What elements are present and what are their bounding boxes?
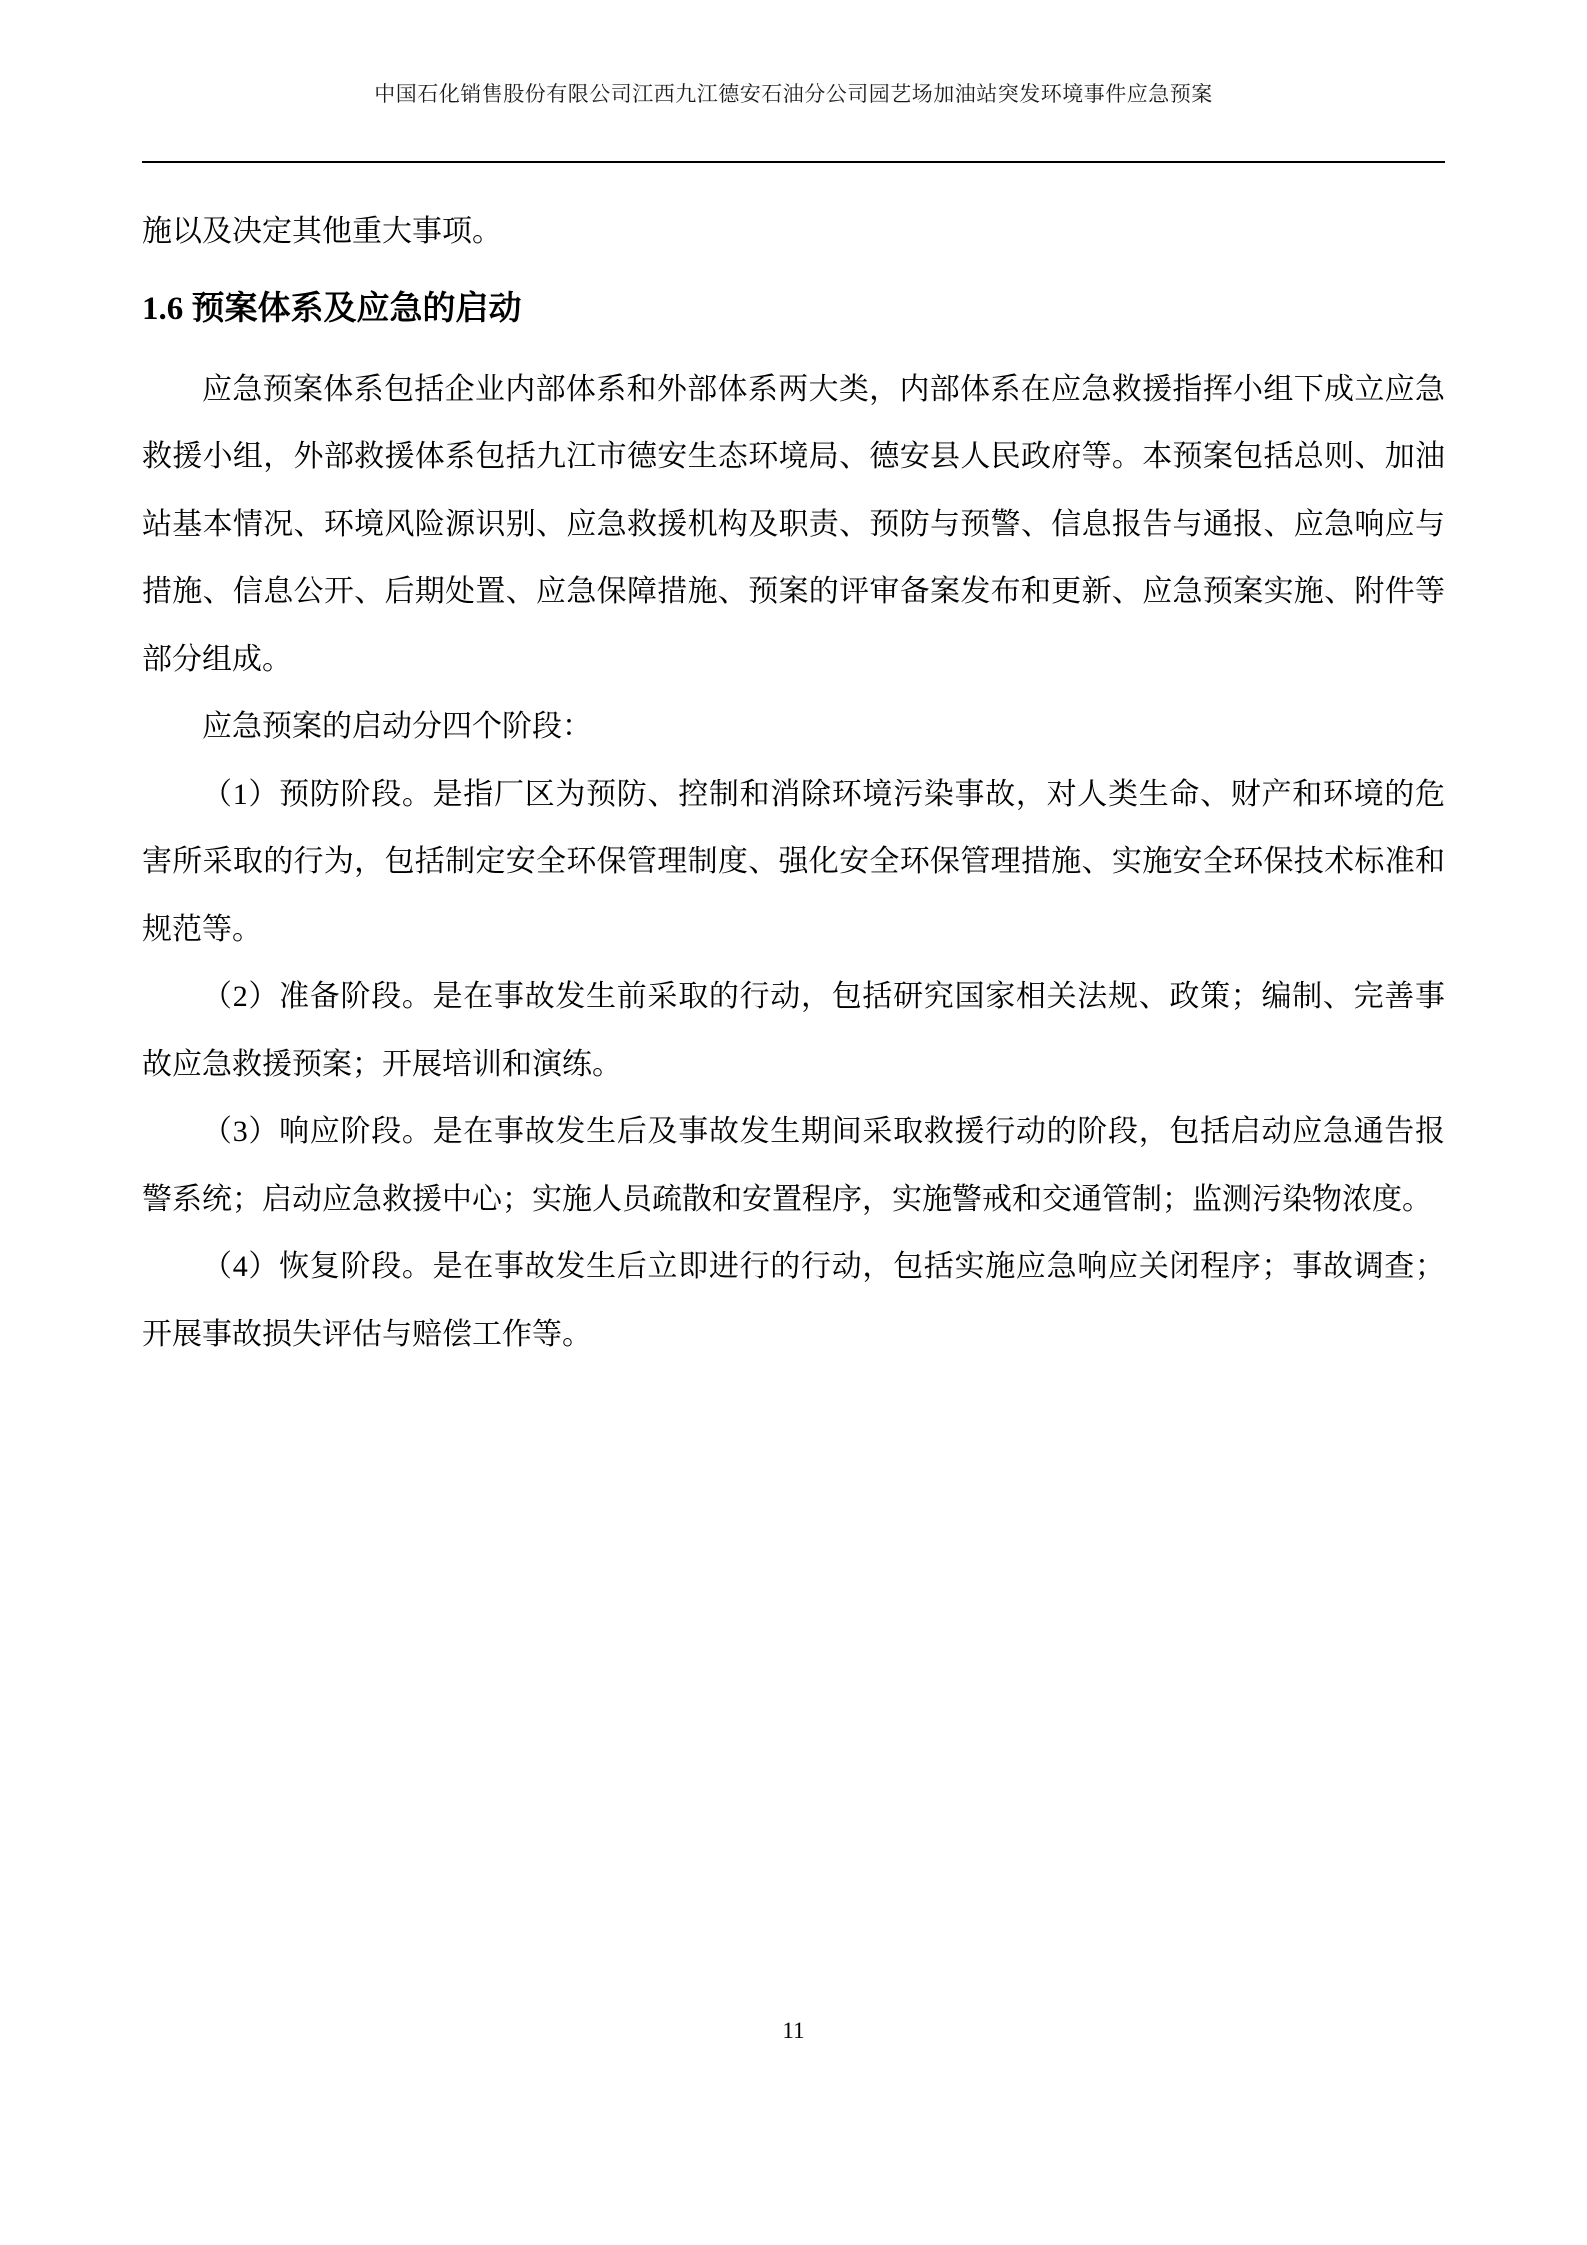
document-page: 中国石化销售股份有限公司江西九江德安石油分公司园艺场加油站突发环境事件应急预案 …	[0, 0, 1587, 2245]
page-header: 中国石化销售股份有限公司江西九江德安石油分公司园艺场加油站突发环境事件应急预案	[142, 0, 1445, 106]
header-title: 中国石化销售股份有限公司江西九江德安石油分公司园艺场加油站突发环境事件应急预案	[142, 82, 1445, 106]
continuation-paragraph: 施以及决定其他重大事项。	[142, 198, 1445, 266]
body-paragraph-stage-3-response: （3）响应阶段。是在事故发生后及事故发生期间采取救援行动的阶段，包括启动应急通告…	[142, 1098, 1445, 1233]
section-heading: 1.6 预案体系及应急的启动	[142, 284, 1445, 334]
body-paragraph-stage-2-preparation: （2）准备阶段。是在事故发生前采取的行动，包括研究国家相关法规、政策；编制、完善…	[142, 963, 1445, 1098]
header-rule	[142, 161, 1445, 163]
document-body: 施以及决定其他重大事项。 1.6 预案体系及应急的启动 应急预案体系包括企业内部…	[142, 198, 1445, 1368]
body-paragraph-stage-1-prevention: （1）预防阶段。是指厂区为预防、控制和消除环境污染事故，对人类生命、财产和环境的…	[142, 761, 1445, 964]
body-paragraph-overview: 应急预案体系包括企业内部体系和外部体系两大类，内部体系在应急救援指挥小组下成立应…	[142, 356, 1445, 694]
body-paragraph-stages-intro: 应急预案的启动分四个阶段：	[142, 693, 1445, 761]
body-paragraph-stage-4-recovery: （4）恢复阶段。是在事故发生后立即进行的行动，包括实施应急响应关闭程序；事故调查…	[142, 1233, 1445, 1368]
page-number: 11	[0, 2016, 1587, 2046]
